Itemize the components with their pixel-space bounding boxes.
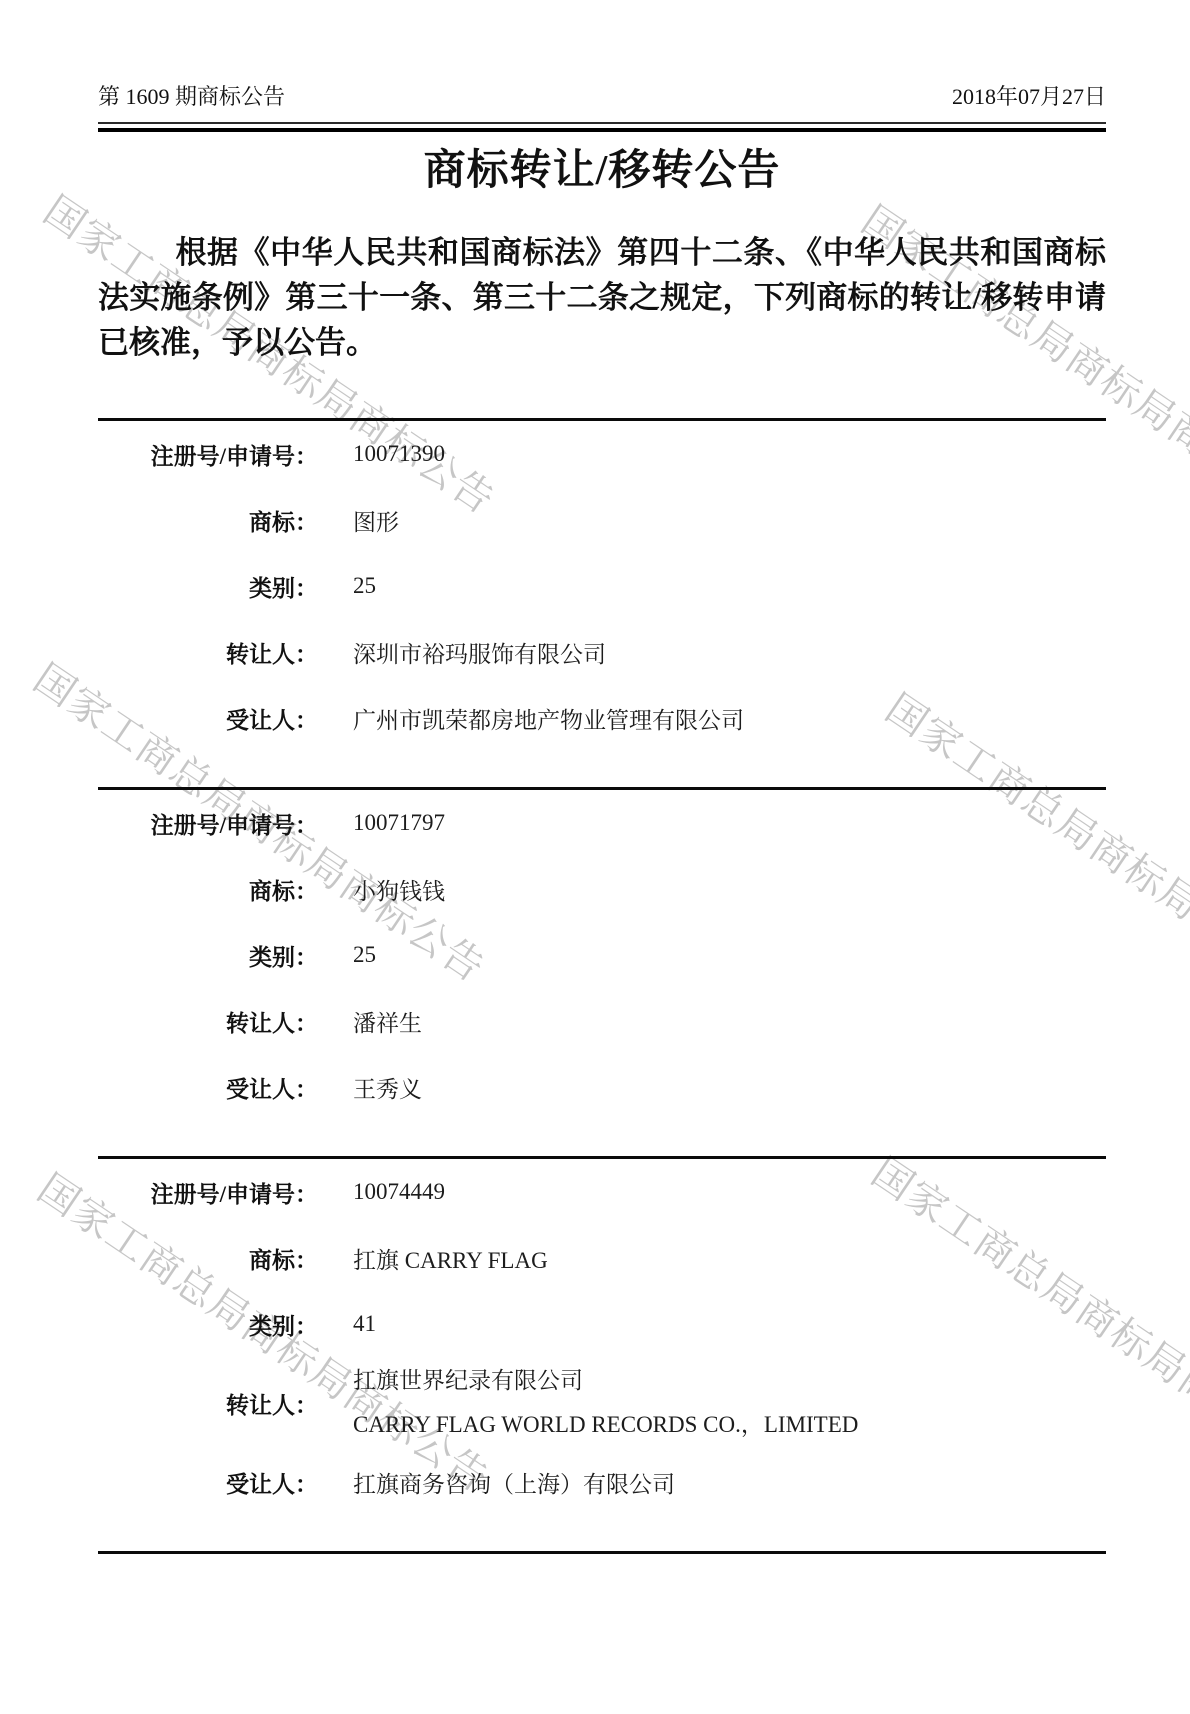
field-row-trademark: 商标： 图形 [98,487,1106,553]
class-value: 25 [353,942,376,968]
class-label: 类别： [98,939,318,972]
field-row-assignee: 受让人： 扛旗商务咨询（上海）有限公司 [98,1449,1106,1515]
trademark-label: 商标： [98,1242,318,1275]
class-label: 类别： [98,570,318,603]
reg-no-value: 10074449 [353,1179,445,1205]
reg-no-value: 10071390 [353,441,445,467]
assignor-label: 转让人： [98,1005,318,1038]
assignee-value: 扛旗商务咨询（上海）有限公司 [353,1466,675,1499]
assignor-value: 潘祥生 [353,1005,422,1038]
assignee-label: 受让人： [98,1466,318,1499]
record: 注册号/申请号： 10071390 商标： 图形 类别： 25 转让人： 深圳市… [98,421,1106,787]
assignor-name-cn: 扛旗世界纪录有限公司 [353,1359,858,1403]
class-label: 类别： [98,1308,318,1341]
field-row-trademark: 商标： 小狗钱钱 [98,856,1106,922]
field-row-reg-no: 注册号/申请号： 10074449 [98,1159,1106,1225]
content-column: 第 1609 期商标公告 2018年07月27日 商标转让/移转公告 根据《中华… [98,82,1106,1554]
record: 注册号/申请号： 10074449 商标： 扛旗 CARRY FLAG 类别： … [98,1159,1106,1551]
trademark-value: 扛旗 CARRY FLAG [353,1242,548,1275]
assignor-label: 转让人： [98,1387,318,1420]
field-row-class: 类别： 41 [98,1291,1106,1357]
record: 注册号/申请号： 10071797 商标： 小狗钱钱 类别： 25 转让人： 潘… [98,790,1106,1156]
gazette-page: 国家工商总局商标局商标公告 国家工商总局商标局商标公告 国家工商总局商标局商标公… [0,0,1190,1714]
field-row-assignee: 受让人： 广州市凯荣都房地产物业管理有限公司 [98,685,1106,751]
intro-paragraph: 根据《中华人民共和国商标法》第四十二条、《中华人民共和国商标法实施条例》第三十一… [98,230,1106,365]
class-value: 41 [353,1311,376,1337]
header-rule-thin [98,122,1106,124]
trademark-label: 商标： [98,504,318,537]
assignor-name-en: CARRY FLAG WORLD RECORDS CO.，LIMITED [353,1403,858,1447]
page-header: 第 1609 期商标公告 2018年07月27日 [98,82,1106,112]
assignor-value: 深圳市裕玛服饰有限公司 [353,636,606,669]
assignee-value: 广州市凯荣都房地产物业管理有限公司 [353,702,744,735]
assignee-label: 受让人： [98,702,318,735]
record-separator [98,1551,1106,1554]
records-list: 注册号/申请号： 10071390 商标： 图形 类别： 25 转让人： 深圳市… [98,418,1106,1554]
assignee-value: 王秀义 [353,1071,422,1104]
assignee-label: 受让人： [98,1071,318,1104]
field-row-assignor: 转让人： 深圳市裕玛服饰有限公司 [98,619,1106,685]
reg-no-label: 注册号/申请号： [98,1176,318,1209]
field-row-assignee: 受让人： 王秀义 [98,1054,1106,1120]
field-row-class: 类别： 25 [98,922,1106,988]
field-row-assignor: 转让人： 扛旗世界纪录有限公司 CARRY FLAG WORLD RECORDS… [98,1357,1106,1449]
trademark-label: 商标： [98,873,318,906]
field-row-class: 类别： 25 [98,553,1106,619]
document-title: 商标转让/移转公告 [98,144,1106,198]
field-row-reg-no: 注册号/申请号： 10071390 [98,421,1106,487]
field-row-trademark: 商标： 扛旗 CARRY FLAG [98,1225,1106,1291]
reg-no-value: 10071797 [353,810,445,836]
reg-no-label: 注册号/申请号： [98,807,318,840]
header-rule-thick [98,128,1106,132]
field-row-assignor: 转让人： 潘祥生 [98,988,1106,1054]
class-value: 25 [353,573,376,599]
gazette-date-label: 2018年07月27日 [952,82,1106,112]
reg-no-label: 注册号/申请号： [98,438,318,471]
header-rule [98,122,1106,132]
gazette-issue-label: 第 1609 期商标公告 [98,82,285,112]
trademark-value: 图形 [353,504,399,537]
trademark-value: 小狗钱钱 [353,873,445,906]
assignor-value: 扛旗世界纪录有限公司 CARRY FLAG WORLD RECORDS CO.，… [353,1359,858,1447]
assignor-label: 转让人： [98,636,318,669]
field-row-reg-no: 注册号/申请号： 10071797 [98,790,1106,856]
